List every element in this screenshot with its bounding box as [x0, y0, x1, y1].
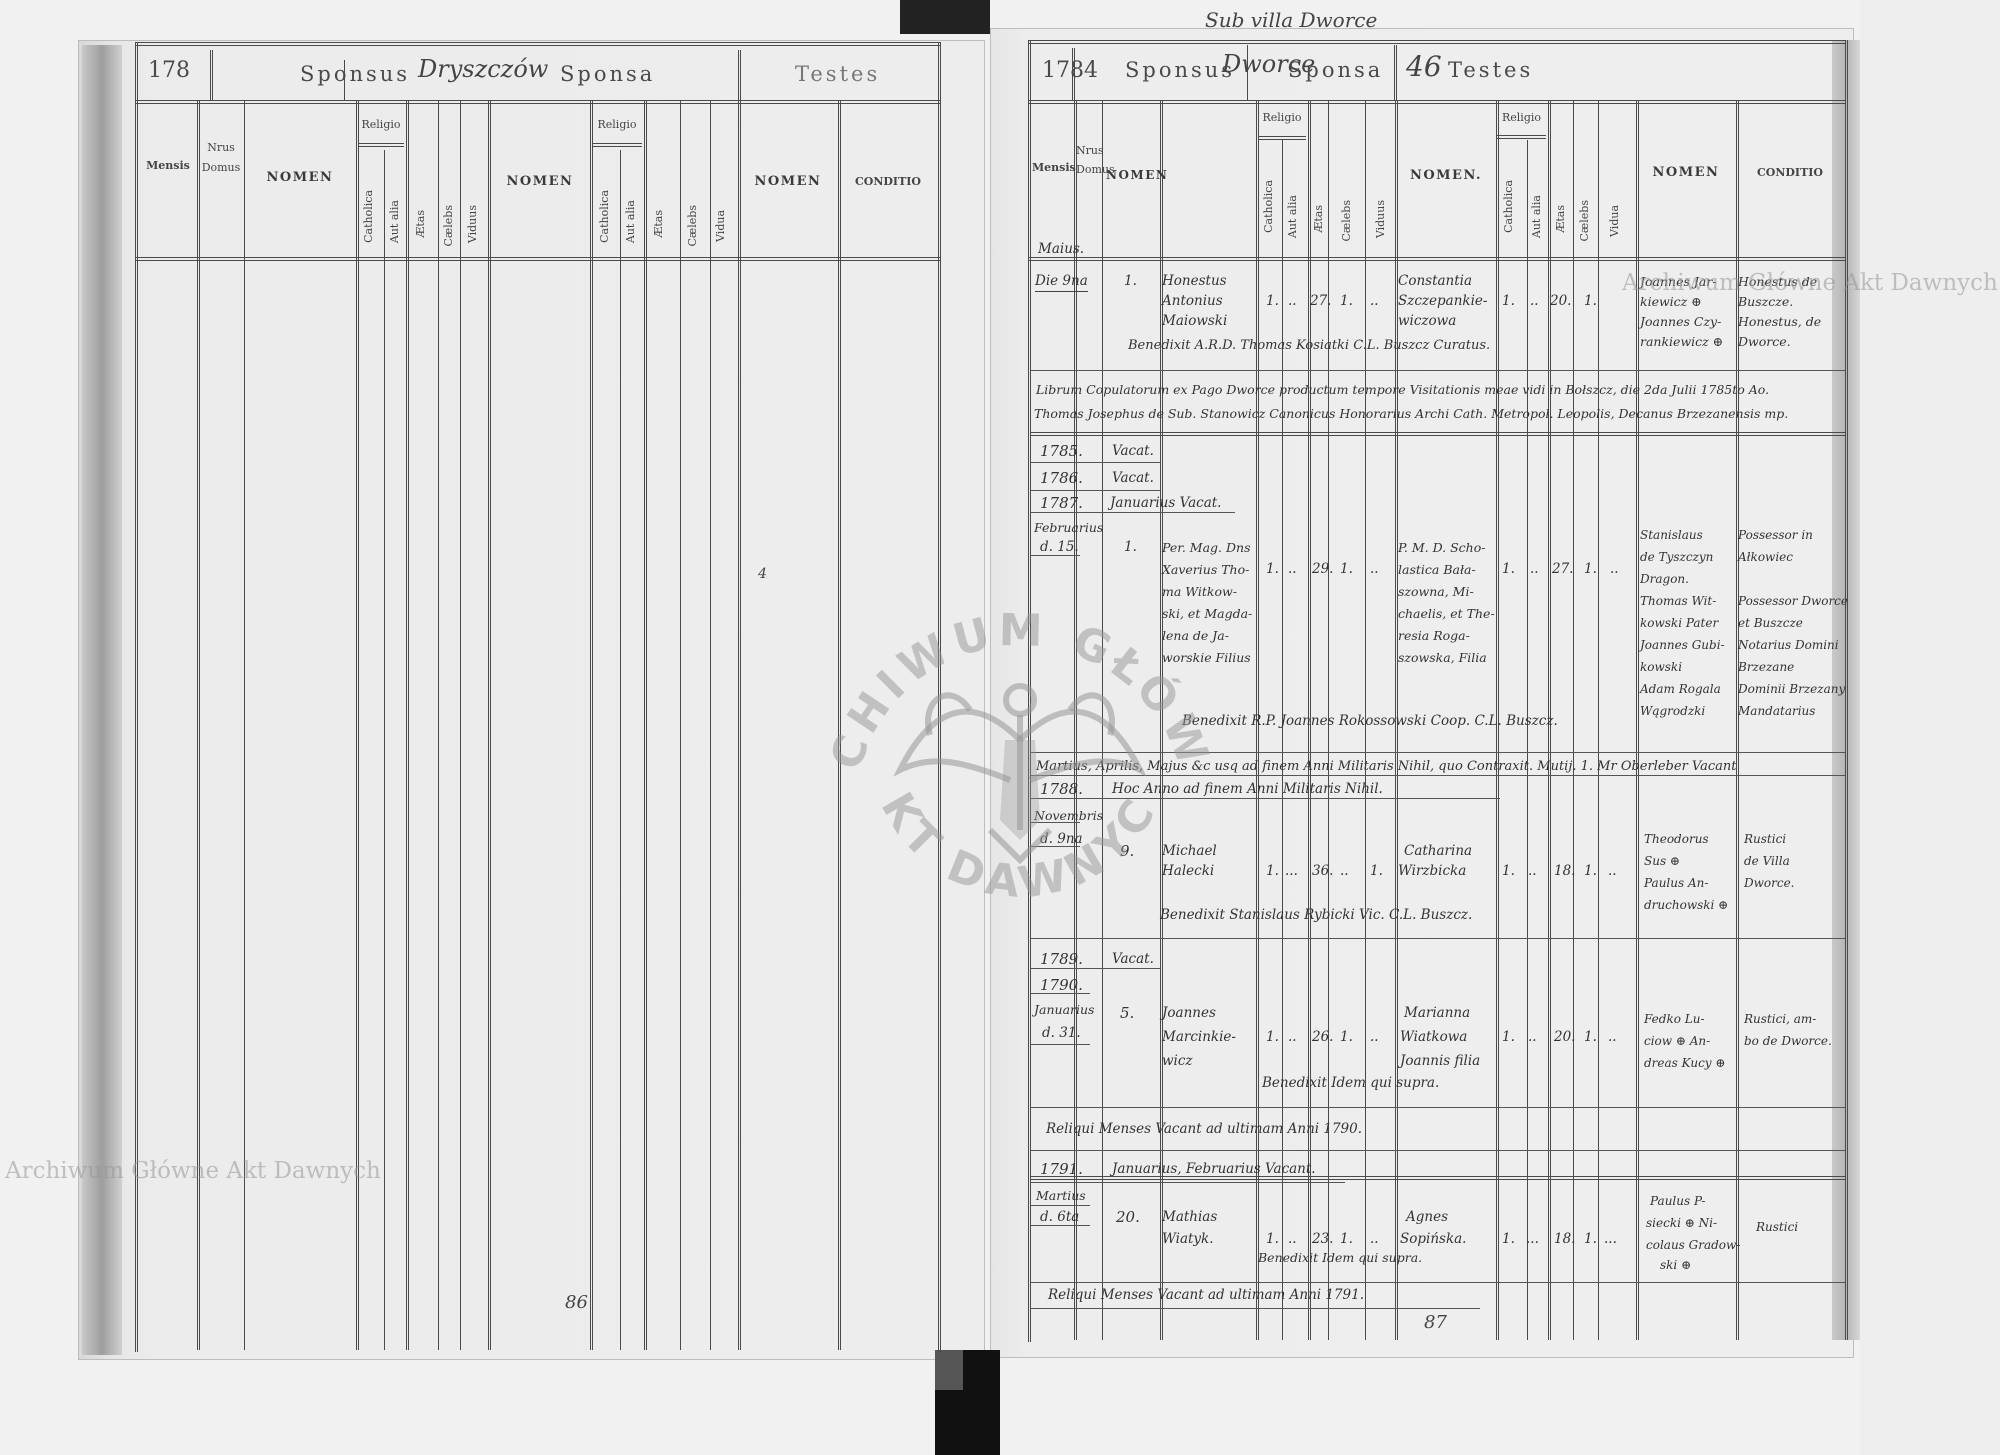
sponsus-caelebs: 1.	[1340, 292, 1353, 311]
watermark-top-right: Archiwum Główne Akt Dawnych	[1622, 270, 1998, 296]
right-col-aut-alia2: Aut alia	[1530, 195, 1543, 238]
sponsus-viduus: ..	[1370, 560, 1379, 579]
sponsus-catholica: 1.	[1266, 1230, 1279, 1249]
testis-line: rankiewicz ⊕	[1640, 332, 1723, 351]
conditio-line: Honestus, de	[1738, 312, 1821, 331]
sponsus-line: Maiowski	[1162, 312, 1227, 331]
sponsa-line: Constantia	[1398, 272, 1472, 291]
year-1786-note: Vacat.	[1112, 469, 1154, 488]
sponsus-catholica: 1.	[1266, 292, 1279, 311]
sponsus-aetas: 29.	[1312, 560, 1333, 579]
sponsa-caelebs: 1.	[1584, 862, 1597, 881]
watermark-bottom-left: Archiwum Główne Akt Dawnych	[5, 1158, 381, 1184]
conditio-line: Rustici	[1744, 830, 1786, 849]
testis-line: Paulus P-	[1650, 1192, 1705, 1211]
entry-domus: 20.	[1116, 1208, 1140, 1227]
testis-line: Sus ⊕	[1644, 852, 1680, 871]
entry-date: Die 9na	[1035, 272, 1088, 292]
year-1786: 1786.	[1040, 469, 1083, 488]
left-col-aetas: Ætas	[414, 210, 427, 238]
left-place-handwritten: Dryszczów	[418, 55, 548, 83]
right-sponsa-title: Sponsa	[1288, 58, 1383, 82]
left-col-caelebs2: Cælebs	[686, 205, 699, 246]
sponsa-vidua: ..	[1610, 560, 1619, 579]
right-testes-title: Testes	[1448, 58, 1533, 82]
sponsa-line: Marianna	[1404, 1004, 1470, 1023]
testis-line: Joannes Czy-	[1640, 312, 1721, 331]
sponsa-aetas: 18.	[1554, 1230, 1575, 1249]
sponsa-aut-alia: ..	[1530, 292, 1539, 311]
sponsa-caelebs: 1.	[1584, 560, 1597, 579]
right-folio-handwritten: 46	[1406, 50, 1442, 83]
left-col-domus: Domus	[200, 160, 242, 175]
sponsus-line: wicz	[1162, 1052, 1193, 1071]
sponsa-line: P. M. D. Scho-	[1398, 538, 1485, 557]
sponsa-catholica: 1.	[1502, 292, 1515, 311]
entry-month: Januarius	[1034, 1000, 1094, 1019]
left-col-nomen-sponsa: NOMEN	[495, 174, 585, 189]
testis-line: ciow ⊕ An-	[1644, 1032, 1710, 1051]
right-col-conditio: CONDITIO	[1740, 165, 1840, 180]
note-1791: Reliqui Menses Vacant ad ultimam Anni 17…	[1048, 1286, 1364, 1305]
testis-line: colaus Gradow-	[1646, 1236, 1740, 1255]
testis-line: Theodorus	[1644, 830, 1709, 849]
left-col-nrus: Nrus	[200, 140, 242, 155]
left-col-mensis: Mensis	[140, 158, 196, 173]
left-stray-mark: 4	[758, 566, 767, 582]
note-1790: Reliqui Menses Vacant ad ultimam Anni 17…	[1046, 1120, 1362, 1139]
conditio-line: bo de Dworce.	[1744, 1032, 1832, 1051]
right-col-domus: Domus	[1076, 162, 1102, 177]
right-year-prefix: 1784	[1042, 58, 1098, 83]
binding-spine-top	[900, 0, 990, 34]
sponsus-caelebs: 1.	[1340, 1028, 1353, 1047]
sponsa-aetas: 18.	[1554, 862, 1575, 881]
testis-line: kowski	[1640, 658, 1682, 677]
sponsus-line: Marcinkie-	[1162, 1028, 1236, 1047]
visitation-note-line-2: Thomas Josephus de Sub. Stanowicz Canoni…	[1034, 404, 1788, 423]
testis-line: Paulus An-	[1644, 874, 1708, 893]
eagle-stamp-icon: ARCHIWUM GŁÓWNE AKT DAWNYCH	[820, 540, 1220, 940]
testis-line: Dragon.	[1640, 570, 1689, 589]
archive-stamp: ARCHIWUM GŁÓWNE AKT DAWNYCH	[820, 540, 1220, 940]
sponsus-aut-alia: ..	[1288, 1230, 1297, 1249]
sponsus-catholica: 1.	[1266, 560, 1279, 579]
entry-date: d. 31.	[1042, 1024, 1081, 1043]
left-col-viduus: Viduus	[466, 205, 479, 243]
sponsa-aetas: 27.	[1552, 560, 1573, 579]
testis-line: Fedko Lu-	[1644, 1010, 1705, 1029]
entry-year-note: Januarius, Februarius Vacant.	[1112, 1160, 1316, 1179]
sponsa-line: Sopińska.	[1400, 1230, 1466, 1249]
right-folio-number: 87	[1424, 1312, 1447, 1333]
sponsa-catholica: 1.	[1502, 862, 1515, 881]
year-1789: 1789.	[1040, 950, 1083, 969]
binding-spine-bottom-shadow	[935, 1350, 963, 1390]
sponsus-catholica: 1.	[1266, 1028, 1279, 1047]
sponsa-caelebs: 1.	[1584, 1230, 1597, 1249]
conditio-line: Dworce.	[1738, 332, 1791, 351]
testis-line: ski ⊕	[1660, 1256, 1691, 1275]
left-col-religio2: Religio	[592, 117, 642, 132]
sponsa-caelebs: 1.	[1584, 1028, 1597, 1047]
left-sponsa-title: Sponsa	[560, 62, 655, 86]
testis-line: dreas Kucy ⊕	[1644, 1054, 1725, 1073]
sponsa-vidua: ..	[1608, 1028, 1617, 1047]
testis-line: Wągrodzki	[1640, 702, 1705, 721]
right-top-note: Sub villa Dworce	[1205, 8, 1377, 32]
year-1785: 1785.	[1040, 442, 1083, 461]
sponsus-aut-alia: ..	[1288, 1028, 1297, 1047]
sponsa-line: Agnes	[1406, 1208, 1448, 1227]
sponsus-caelebs: 1.	[1340, 560, 1353, 579]
year-1787-note: Januarius Vacat.	[1110, 494, 1221, 513]
sponsus-viduus: ..	[1370, 292, 1379, 311]
sponsus-aetas: 26.	[1312, 1028, 1333, 1047]
conditio-line: Dominii Brzezany	[1738, 680, 1845, 699]
left-col-aut-alia: Aut alia	[388, 200, 401, 243]
sponsa-line: chaelis, et The-	[1398, 604, 1495, 623]
sponsa-line: lastica Bała-	[1398, 560, 1476, 579]
sponsus-aut-alia: ..	[1288, 292, 1297, 311]
entry-domus: 5.	[1120, 1004, 1134, 1023]
sponsa-vidua: ...	[1604, 1230, 1617, 1249]
sponsus-line: Antonius	[1162, 292, 1223, 311]
sponsus-aetas: 36.	[1312, 862, 1333, 881]
sponsa-line: szowska, Filia	[1398, 648, 1487, 667]
year-1785-note: Vacat.	[1112, 442, 1154, 461]
sponsa-aut-alia: ..	[1530, 560, 1539, 579]
sponsus-aut-alia: ...	[1285, 862, 1298, 881]
left-sponsus-title: Sponsus	[300, 62, 410, 86]
left-folio-number: 86	[565, 1292, 588, 1313]
left-testes-title: Testes	[795, 62, 880, 86]
scan-background	[1860, 0, 2000, 1455]
conditio-line: Rustici, am-	[1744, 1010, 1816, 1029]
sponsa-line: wiczowa	[1398, 312, 1456, 331]
entry-month: Februarius	[1034, 518, 1103, 537]
sponsus-aut-alia: ..	[1288, 560, 1297, 579]
sponsa-line: Wirzbicka	[1398, 862, 1466, 881]
right-col-viduus: Viduus	[1374, 200, 1387, 238]
sponsa-aut-alia: ..	[1528, 862, 1537, 881]
sponsa-line: Wiatkowa	[1400, 1028, 1467, 1047]
sponsus-aetas: 23.	[1312, 1230, 1333, 1249]
conditio-line: Notarius Domini	[1738, 636, 1839, 655]
testis-line: kowski Pater	[1640, 614, 1718, 633]
sponsa-line: Szczepankie-	[1398, 292, 1487, 311]
entry-year: 1790.	[1040, 976, 1083, 995]
sponsa-vidua: 1.	[1584, 292, 1597, 311]
sponsa-vidua: ..	[1608, 862, 1617, 881]
year-1789-note: Vacat.	[1112, 950, 1154, 969]
entry-date: d. 6ta	[1040, 1208, 1079, 1227]
left-col-aut-alia2: Aut alia	[624, 200, 637, 243]
right-col-aetas2: Ætas	[1554, 205, 1567, 233]
benedixit-line: Benedixit Idem qui supra.	[1258, 1248, 1422, 1267]
sponsa-aut-alia: ...	[1526, 1230, 1539, 1249]
right-col-catholica: Catholica	[1262, 180, 1275, 233]
right-col-mensis: Mensis	[1032, 160, 1072, 175]
right-col-aetas: Ætas	[1312, 205, 1325, 233]
right-col-caelebs: Cælebs	[1340, 200, 1353, 241]
sponsa-catholica: 1.	[1502, 1230, 1515, 1249]
conditio-line: et Buszcze	[1738, 614, 1803, 633]
right-col-religio: Religio	[1258, 110, 1306, 125]
right-col-vidua: Vidua	[1608, 205, 1621, 237]
benedixit-line: Benedixit Idem qui supra.	[1262, 1074, 1439, 1093]
right-sponsus-title: Sponsus	[1125, 58, 1235, 82]
benedixit-line: Benedixit R.P. Joannes Rokossowski Coop.…	[1182, 712, 1558, 731]
sponsus-viduus: ..	[1370, 1028, 1379, 1047]
testis-line: siecki ⊕ Ni-	[1646, 1214, 1717, 1233]
sponsa-line: Joannis filia	[1400, 1052, 1480, 1071]
testis-line: Joannes Gubi-	[1640, 636, 1725, 655]
conditio-line: Brzezane	[1738, 658, 1794, 677]
right-col-catholica2: Catholica	[1502, 180, 1515, 233]
right-col-caelebs2: Cælebs	[1578, 200, 1591, 241]
right-col-nomen-sponsa: NOMEN.	[1400, 168, 1492, 183]
right-col-religio2: Religio	[1497, 110, 1546, 125]
right-col-nomen-sponsus: NOMEN	[1106, 168, 1158, 182]
sponsus-catholica: 1.	[1266, 862, 1279, 881]
testis-line: de Tyszczyn	[1640, 548, 1713, 567]
left-col-nomen-sponsus: NOMEN	[250, 170, 350, 185]
sponsa-aetas: 20.	[1550, 292, 1571, 311]
entry-domus: 1.	[1124, 272, 1137, 291]
conditio-line: Possessor in	[1738, 526, 1813, 545]
sponsa-line: resia Roga-	[1398, 626, 1470, 645]
sponsus-line: Wiatyk.	[1162, 1230, 1214, 1249]
left-year-prefix: 178	[148, 58, 190, 83]
left-col-conditio: CONDITIO	[842, 174, 934, 189]
sponsus-viduus: 1.	[1370, 862, 1383, 881]
sponsa-line: szowna, Mi-	[1398, 582, 1474, 601]
sponsus-aetas: 27.	[1310, 292, 1331, 311]
sponsus-caelebs: ..	[1340, 862, 1349, 881]
sponsa-catholica: 1.	[1502, 1028, 1515, 1047]
conditio-line: de Villa	[1744, 852, 1790, 871]
month-label-maius: Maius.	[1038, 240, 1084, 259]
conditio-line: Rustici	[1756, 1218, 1798, 1237]
right-col-nomen-testes: NOMEN	[1640, 165, 1732, 180]
sponsa-catholica: 1.	[1502, 560, 1515, 579]
entry-month: Martius	[1036, 1186, 1086, 1205]
testis-line: Stanislaus	[1640, 526, 1703, 545]
left-col-caelebs: Cælebs	[442, 205, 455, 246]
left-col-vidua: Vidua	[714, 210, 727, 242]
sponsus-line: Honestus	[1162, 272, 1227, 291]
left-col-nomen-testes: NOMEN	[742, 174, 834, 189]
left-col-catholica2: Catholica	[598, 190, 611, 243]
conditio-line: Mandatarius	[1738, 702, 1815, 721]
conditio-line: Dworce.	[1744, 874, 1795, 893]
left-col-aetas2: Ætas	[652, 210, 665, 238]
left-col-religio: Religio	[358, 117, 404, 132]
sponsus-caelebs: 1.	[1340, 1230, 1353, 1249]
sponsa-aetas: 20.	[1554, 1028, 1575, 1047]
testis-line: Adam Rogala	[1640, 680, 1721, 699]
right-col-aut-alia: Aut alia	[1286, 195, 1299, 238]
conditio-line: Ałkowiec	[1738, 548, 1793, 567]
conditio-line: Possessor Dworce	[1738, 592, 1848, 611]
testis-line: druchowski ⊕	[1644, 896, 1728, 915]
sponsa-line: Catharina	[1404, 842, 1472, 861]
right-col-nrus: Nrus	[1076, 143, 1102, 158]
year-1787: 1787.	[1040, 494, 1083, 513]
testis-line: Thomas Wit-	[1640, 592, 1716, 611]
sponsus-line: Mathias	[1162, 1208, 1217, 1227]
sponsus-viduus: ..	[1370, 1230, 1379, 1249]
sponsus-line: Joannes	[1162, 1004, 1216, 1023]
sponsa-aut-alia: ..	[1528, 1028, 1537, 1047]
visitation-note-line-1: Librum Copulatorum ex Pago Dworce produc…	[1036, 380, 1769, 399]
benedixit-line: Benedixit A.R.D. Thomas Kosiatki C.L. Bu…	[1128, 336, 1490, 355]
left-col-catholica: Catholica	[362, 190, 375, 243]
entry-year: 1791.	[1040, 1160, 1083, 1179]
